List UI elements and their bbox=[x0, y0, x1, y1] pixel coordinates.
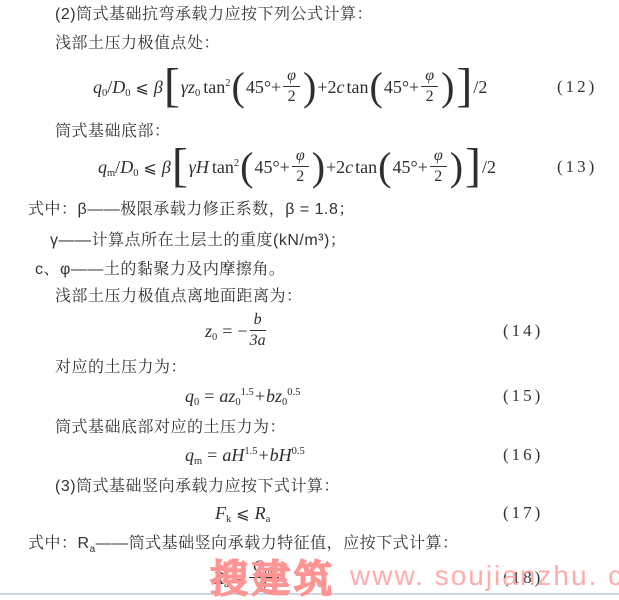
leq-sign: ⩽ bbox=[136, 78, 149, 97]
term-bz0: +bz bbox=[254, 386, 282, 406]
leq-sign: ⩽ bbox=[236, 504, 249, 523]
minus-sign: − bbox=[237, 321, 247, 341]
left-paren: ( bbox=[378, 147, 391, 187]
left-bracket: [ bbox=[172, 142, 188, 190]
left-paren: ( bbox=[240, 147, 253, 187]
equals-sign: = bbox=[207, 445, 217, 465]
term-gamma-z0: γz bbox=[181, 77, 195, 97]
term-gamma-H: γH bbox=[189, 157, 209, 177]
leq-sign: ⩽ bbox=[143, 158, 156, 177]
plus-2: +2 bbox=[317, 77, 336, 97]
var-z0: z bbox=[205, 321, 212, 341]
divide-by-2: /2 bbox=[482, 157, 496, 177]
angle-45: 45°+ bbox=[254, 157, 289, 177]
right-bracket: ] bbox=[465, 142, 481, 190]
equation-number: (12) bbox=[557, 60, 597, 114]
equation-number: (13) bbox=[557, 140, 597, 194]
fraction-phi-2: φ2 bbox=[283, 67, 300, 107]
fraction-b-3a: b3a bbox=[250, 311, 266, 351]
formula-13: qm/D0⩽β[γHtan2(45°+φ2)+2ctan(45°+φ2)]/2 … bbox=[0, 140, 619, 194]
plus-2: +2 bbox=[326, 157, 345, 177]
term-aH: aH bbox=[222, 445, 244, 465]
var-beta: β bbox=[154, 77, 163, 97]
fraction-phi-2: φ2 bbox=[421, 67, 438, 107]
paragraph-beta-definition: 式中：β——极限承载力修正系数，β = 1.8； bbox=[28, 200, 355, 220]
tan-function: tan bbox=[347, 77, 369, 97]
fraction-phi-2: φ2 bbox=[430, 147, 447, 187]
paragraph-flexural-intro: (2)筒式基础抗弯承载力应按下列公式计算： bbox=[55, 5, 373, 25]
right-paren: ) bbox=[303, 67, 316, 107]
formula-12: q0/D0⩽β[γz0tan2(45°+φ2)+2ctan(45°+φ2)]/2… bbox=[0, 60, 619, 114]
equals-sign: = bbox=[204, 386, 214, 406]
page-divider bbox=[0, 593, 619, 595]
right-paren: ) bbox=[312, 147, 325, 187]
paragraph-vertical-intro: (3)筒式基础竖向承载力应按下式计算： bbox=[55, 477, 340, 497]
divide-by-2: /2 bbox=[473, 77, 487, 97]
var-D0: D bbox=[112, 77, 125, 97]
paragraph-c-phi-definition: c、φ——土的黏聚力及内摩擦角。 bbox=[35, 260, 285, 280]
formula-15: q0=az01.5+bz00.5 (15) bbox=[0, 384, 619, 408]
var-qm: q bbox=[185, 445, 194, 465]
var-beta: β bbox=[162, 157, 171, 177]
var-c: c bbox=[345, 157, 353, 177]
tan-function: tan bbox=[212, 157, 234, 177]
formula-17: Fk⩽Ra (17) bbox=[0, 501, 619, 525]
equals-sign: = bbox=[233, 568, 243, 588]
formula-16: qm=aH1.5+bH0.5 (16) bbox=[0, 443, 619, 467]
right-paren: ) bbox=[450, 147, 463, 187]
fraction-Quk-2: Quk2 bbox=[249, 558, 279, 598]
var-Ra: R bbox=[255, 503, 266, 523]
tan-function: tan bbox=[355, 157, 377, 177]
paragraph-z0-intro: 浅部土压力极值点离地面距离为： bbox=[55, 287, 303, 307]
right-paren: ) bbox=[441, 67, 454, 107]
var-q0: q bbox=[93, 77, 102, 97]
paragraph-qm-intro: 筒式基础底部对应的土压力为： bbox=[55, 418, 286, 438]
var-c: c bbox=[337, 77, 345, 97]
paragraph-ra-definition: 式中：Ra——筒式基础竖向承载力特征值，应按下式计算： bbox=[28, 534, 459, 554]
tan-function: tan bbox=[203, 77, 225, 97]
equation-number: (16) bbox=[503, 443, 543, 467]
left-paren: ( bbox=[370, 67, 383, 107]
equation-number: (14) bbox=[503, 310, 543, 352]
equation-number: (17) bbox=[503, 501, 543, 525]
term-az0: az bbox=[219, 386, 235, 406]
paragraph-q0-intro: 对应的土压力为： bbox=[55, 358, 187, 378]
fraction-phi-2: φ2 bbox=[292, 147, 309, 187]
equals-sign: = bbox=[222, 321, 232, 341]
term-bH: +bH bbox=[257, 445, 291, 465]
right-bracket: ] bbox=[456, 62, 472, 110]
var-q0: q bbox=[185, 386, 194, 406]
left-bracket: [ bbox=[164, 62, 180, 110]
angle-45: 45°+ bbox=[384, 77, 419, 97]
var-D0: D bbox=[120, 157, 133, 177]
angle-45: 45°+ bbox=[246, 77, 281, 97]
formula-14: z0=−b3a (14) bbox=[0, 310, 619, 352]
equation-number: (15) bbox=[503, 384, 543, 408]
left-paren: ( bbox=[231, 67, 244, 107]
var-Ra: R bbox=[213, 568, 224, 588]
angle-45: 45°+ bbox=[393, 157, 428, 177]
paragraph-shallow-point: 浅部土压力极值点处： bbox=[55, 34, 220, 54]
var-qm: q bbox=[98, 157, 107, 177]
paragraph-gamma-definition: γ——计算点所在土层土的重度(kN/m³)； bbox=[50, 231, 346, 251]
var-Fk: F bbox=[215, 503, 226, 523]
paragraph-cylinder-bottom: 筒式基础底部： bbox=[55, 122, 171, 142]
